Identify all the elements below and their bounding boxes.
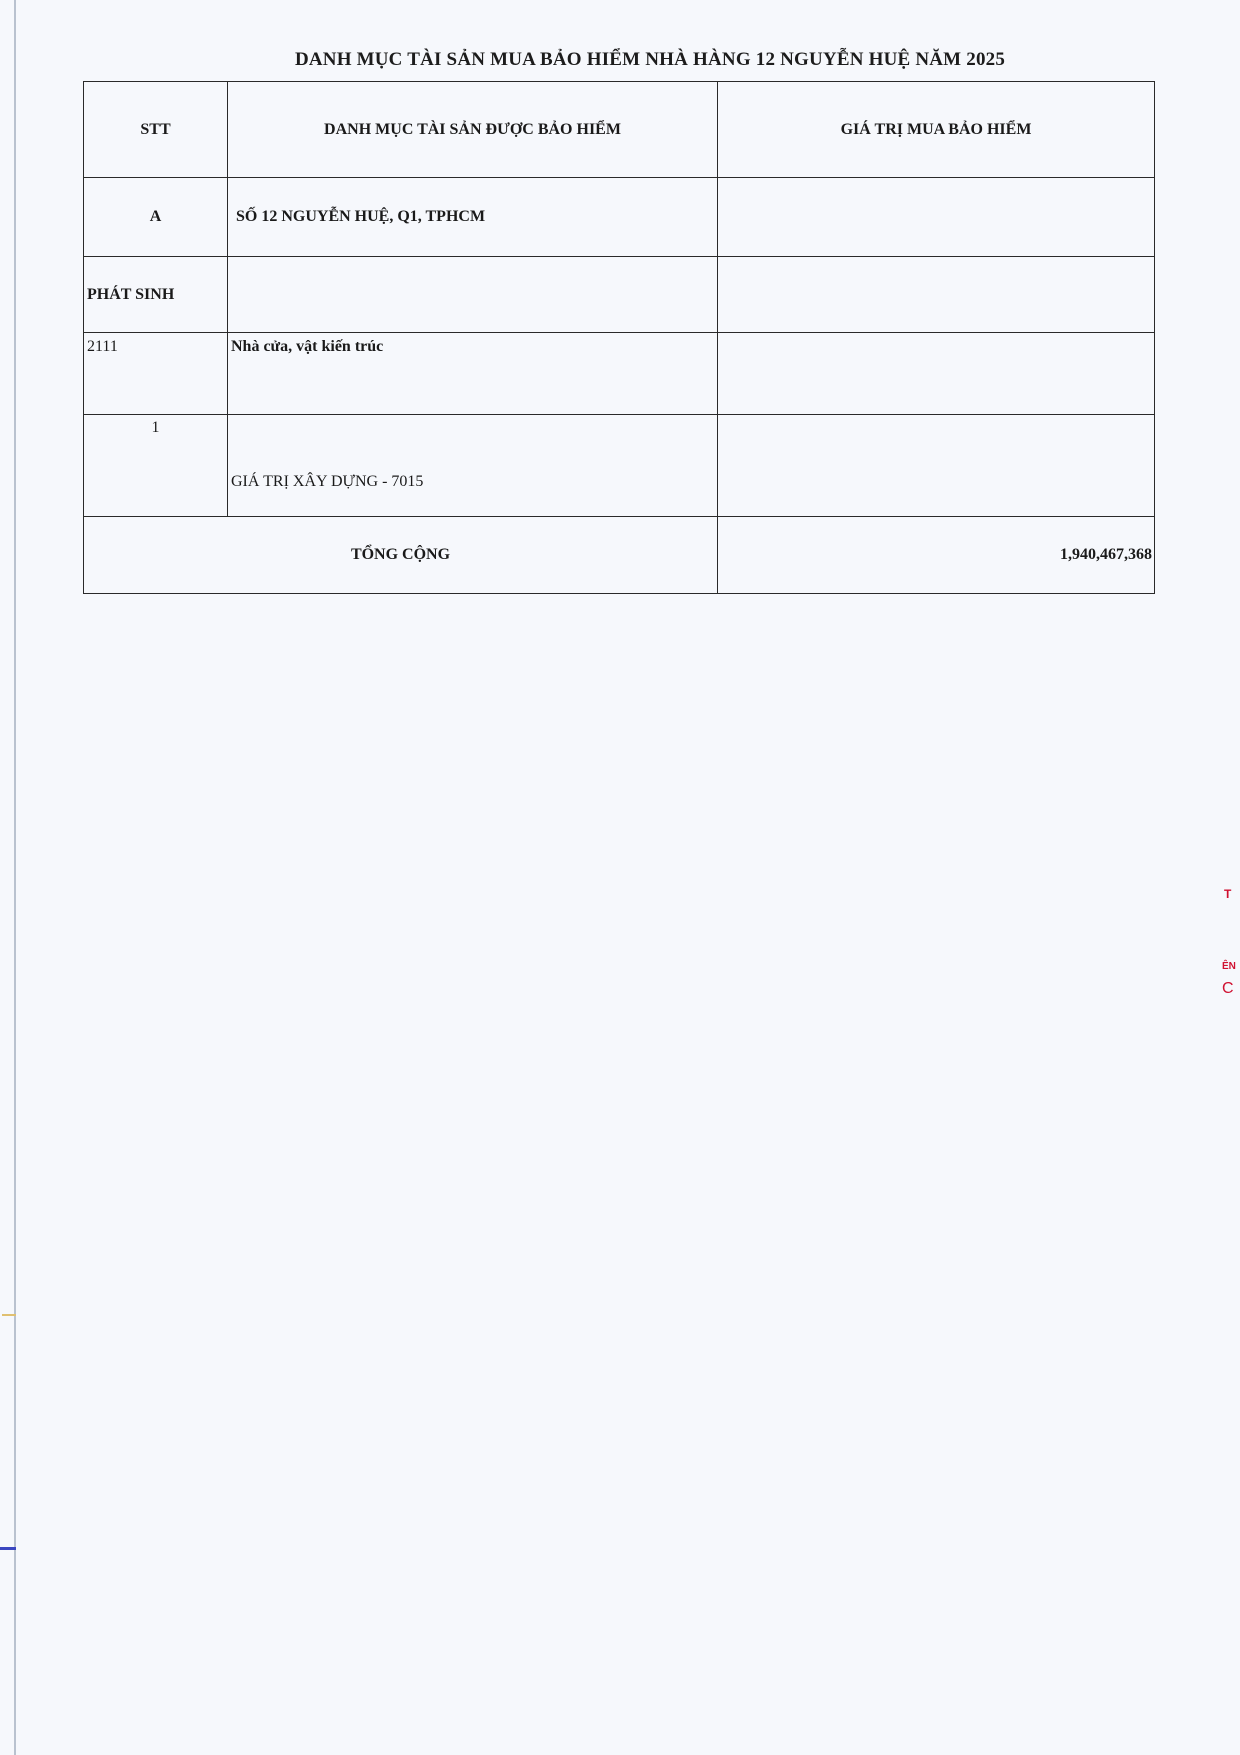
- table-row: A SỐ 12 NGUYỄN HUỆ, Q1, TPHCM: [84, 178, 1155, 257]
- table-header-row: STT DANH MỤC TÀI SẢN ĐƯỢC BẢO HIỂM GIÁ T…: [84, 82, 1155, 178]
- row-stt: 1: [84, 415, 228, 517]
- stamp-text: ÊN: [1222, 961, 1236, 972]
- stamp-text: T: [1224, 887, 1231, 901]
- insured-assets-table: STT DANH MỤC TÀI SẢN ĐƯỢC BẢO HIỂM GIÁ T…: [83, 81, 1155, 594]
- total-label: TỔNG CỘNG: [84, 517, 718, 594]
- stamp-text: C: [1222, 980, 1234, 998]
- table-row: 2111 Nhà cửa, vật kiến trúc: [84, 333, 1155, 415]
- header-value: GIÁ TRỊ MUA BẢO HIỂM: [718, 82, 1155, 178]
- row-description: GIÁ TRỊ XÂY DỰNG - 7015: [228, 415, 718, 517]
- document-title-text: DANH MỤC TÀI SẢN MUA BẢO HIỂM NHÀ HÀNG 1…: [295, 49, 1005, 71]
- row-stt: 2111: [84, 333, 228, 415]
- edge-mark: [0, 1547, 16, 1550]
- row-value: [718, 257, 1155, 333]
- row-value: [718, 333, 1155, 415]
- red-stamp-fragment: T ÊN C: [1218, 865, 1240, 1025]
- header-stt: STT: [84, 82, 228, 178]
- row-value: [718, 415, 1155, 517]
- row-stt: A: [84, 178, 228, 257]
- row-description: [228, 257, 718, 333]
- table-row: PHÁT SINH: [84, 257, 1155, 333]
- edge-mark: [2, 1314, 16, 1316]
- scan-page-edge: [14, 0, 16, 1755]
- row-stt: PHÁT SINH: [84, 257, 228, 333]
- row-description: Nhà cửa, vật kiến trúc: [228, 333, 718, 415]
- total-value: 1,940,467,368: [718, 517, 1155, 594]
- row-description: SỐ 12 NGUYỄN HUỆ, Q1, TPHCM: [228, 178, 718, 257]
- table-total-row: TỔNG CỘNG 1,940,467,368: [84, 517, 1155, 594]
- document-title: DANH MỤC TÀI SẢN MUA BẢO HIỂM NHÀ HÀNG 1…: [0, 49, 1240, 71]
- table-row: 1 GIÁ TRỊ XÂY DỰNG - 7015: [84, 415, 1155, 517]
- header-description: DANH MỤC TÀI SẢN ĐƯỢC BẢO HIỂM: [228, 82, 718, 178]
- row-value: [718, 178, 1155, 257]
